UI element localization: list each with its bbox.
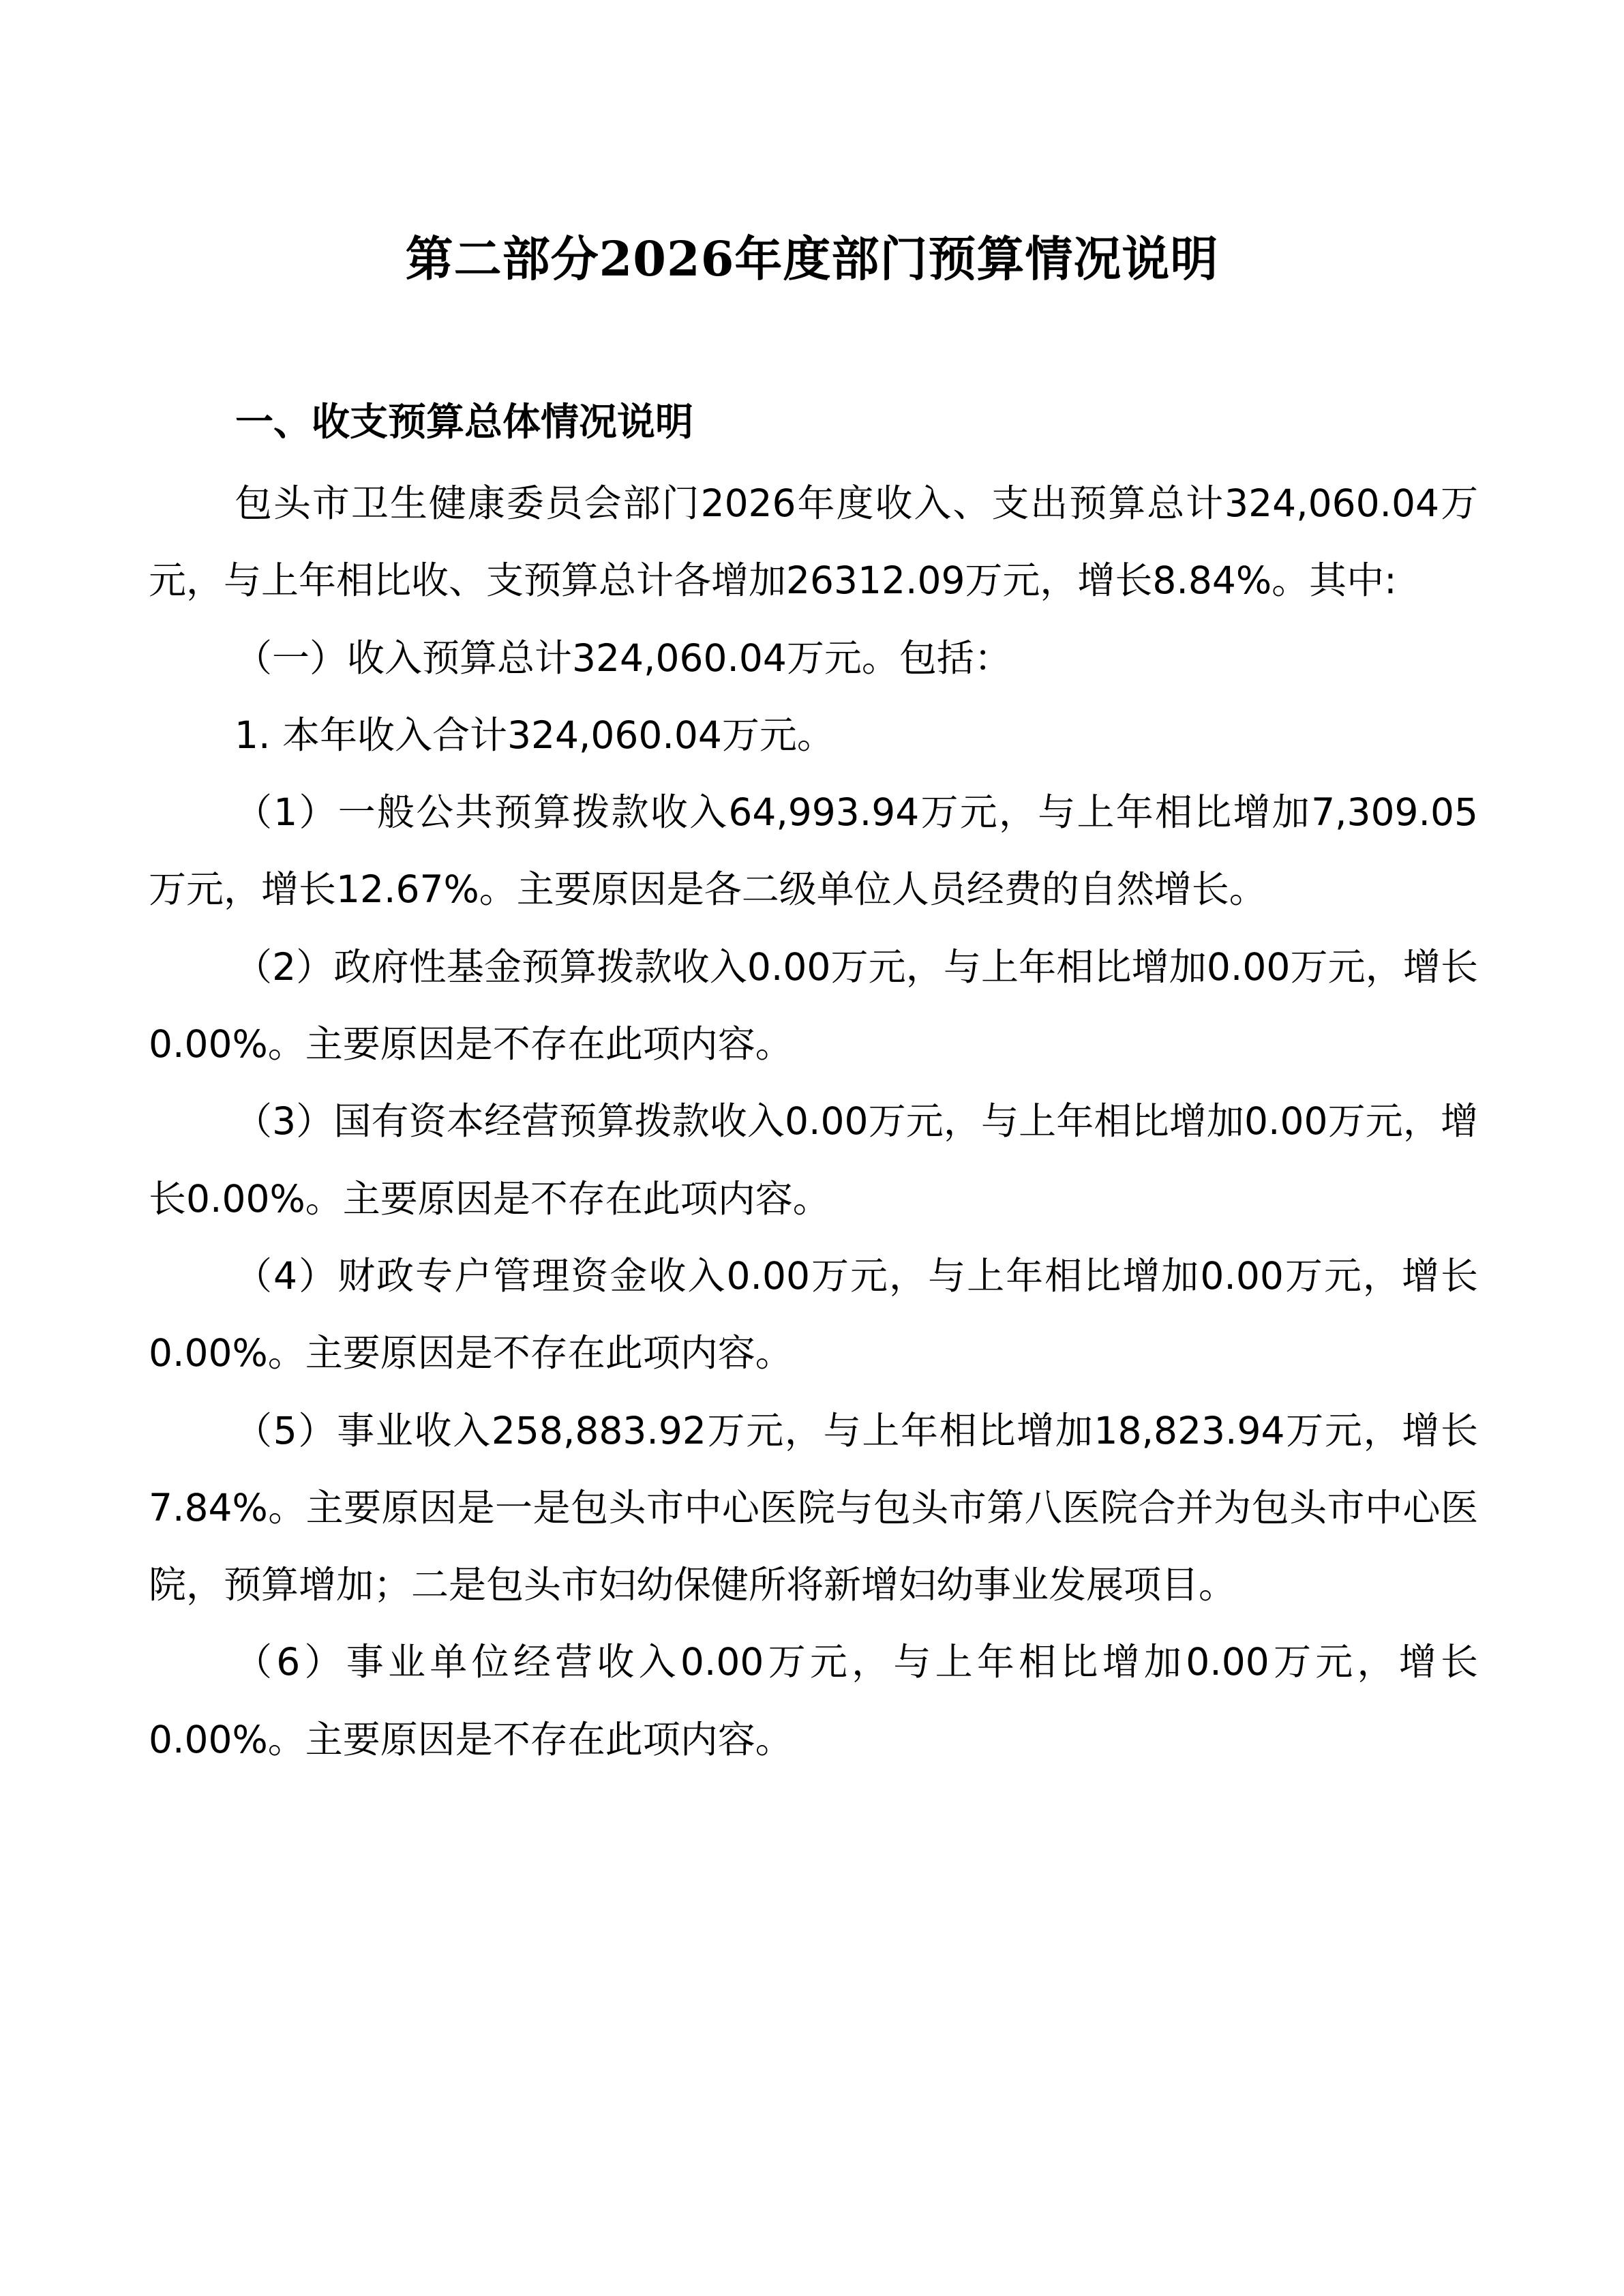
- paragraph-business-income: （5）事业收入258,883.92万元，与上年相比增加18,823.94万元，增…: [149, 1392, 1478, 1624]
- paragraph-operating-income: （6）事业单位经营收入0.00万元，与上年相比增加0.00万元，增长0.00%。…: [149, 1624, 1478, 1778]
- section-heading: 一、收支预算总体情况说明: [235, 399, 693, 447]
- paragraph-general-public-budget: （1）一般公共预算拨款收入64,993.94万元，与上年相比增加7,309.05…: [149, 774, 1478, 929]
- paragraph-overview: 包头市卫生健康委员会部门2026年度收入、支出预算总计324,060.04万元，…: [149, 465, 1478, 620]
- paragraph-current-year-income: 1. 本年收入合计324,060.04万元。: [149, 697, 1478, 774]
- paragraph-government-fund: （2）政府性基金预算拨款收入0.00万元，与上年相比增加0.00万元，增长0.0…: [149, 929, 1478, 1084]
- paragraph-income-total: （一）收入预算总计324,060.04万元。包括：: [149, 620, 1478, 697]
- document-page: 第二部分2026年度部门预算情况说明 一、收支预算总体情况说明 包头市卫生健康委…: [0, 0, 1624, 2296]
- page-title: 第二部分2026年度部门预算情况说明: [0, 225, 1624, 293]
- paragraph-state-capital: （3）国有资本经营预算拨款收入0.00万元，与上年相比增加0.00万元，增长0.…: [149, 1083, 1478, 1238]
- paragraph-fiscal-special-account: （4）财政专户管理资金收入0.00万元，与上年相比增加0.00万元，增长0.00…: [149, 1238, 1478, 1392]
- section-body: 包头市卫生健康委员会部门2026年度收入、支出预算总计324,060.04万元，…: [149, 465, 1478, 1778]
